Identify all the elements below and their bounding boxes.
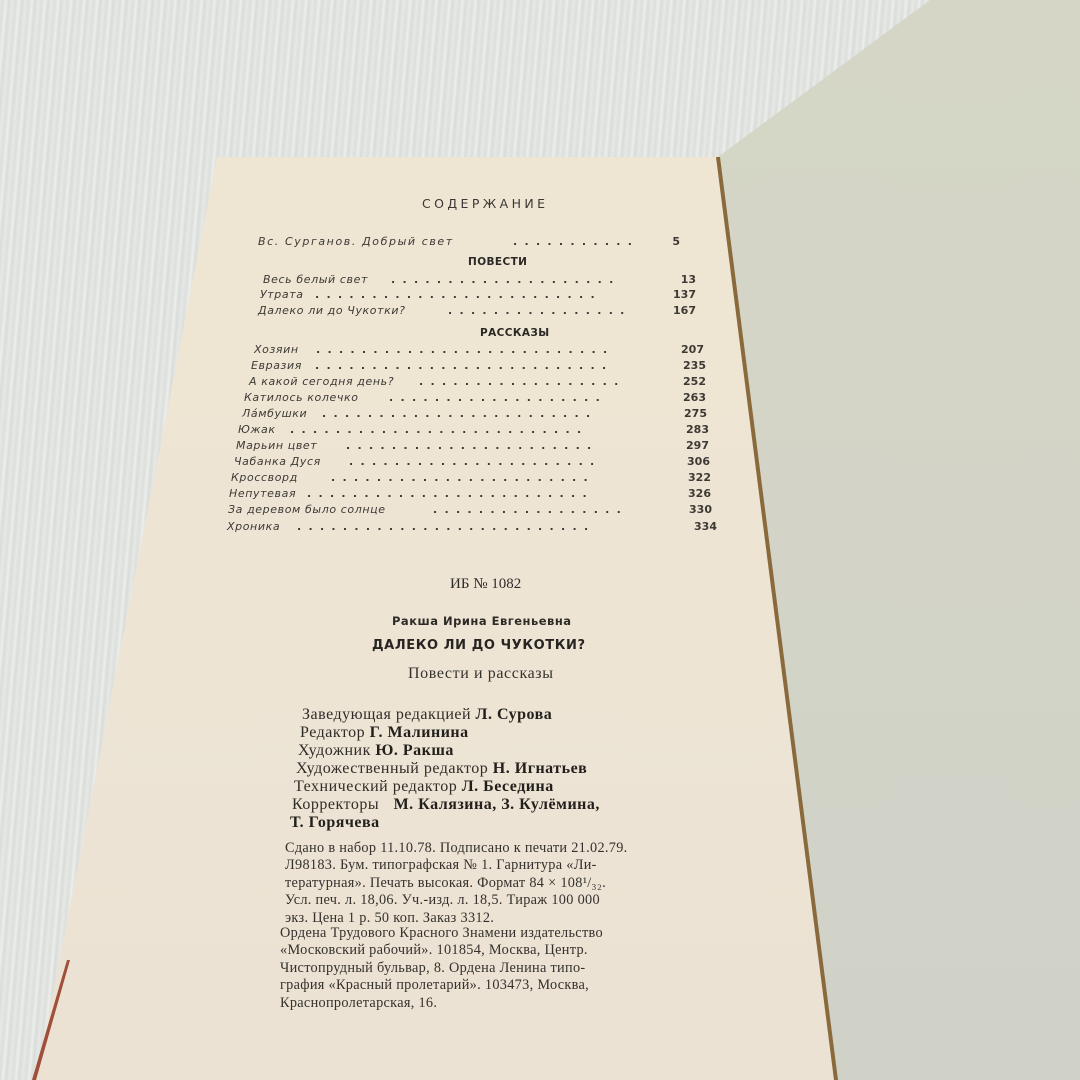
toc-entry-label: Катилось колечко: [244, 391, 359, 404]
toc-entry-page: 322: [681, 471, 711, 484]
publisher-line: Ордена Трудового Красного Знамени издате…: [280, 925, 740, 942]
toc-entry: За деревом было солнце .................…: [228, 503, 723, 519]
toc-leader-dots: .........................: [315, 288, 660, 301]
toc-entry: Кроссворд ....................... 322: [231, 471, 721, 487]
toc-entry: Южак .......................... 283: [238, 423, 716, 439]
toc-entry-page: 252: [676, 375, 706, 388]
credit-role: Технический редактор: [294, 778, 457, 795]
toc-entry-label: Утрата: [260, 288, 304, 301]
toc-entry-label: Весь белый свет: [263, 273, 368, 286]
toc-leader-dots: ..........................: [316, 343, 676, 356]
toc-entry-page: 13: [666, 273, 696, 286]
toc-entry-label: Хроника: [227, 520, 280, 533]
publisher-line: Чистопрудный бульвар, 8. Ордена Ленина т…: [280, 960, 740, 977]
credit-role: Заведующая редакцией: [302, 706, 471, 723]
toc-entry-page: 275: [677, 407, 707, 420]
page-content: СОДЕРЖАНИЕ Вс. Сурганов. Добрый свет ...…: [0, 0, 1080, 1080]
toc-section-heading-rasskazy: РАССКАЗЫ: [480, 327, 549, 339]
toc-entry: Евразия .......................... 235: [251, 359, 709, 375]
toc-entry-page: 235: [676, 359, 706, 372]
toc-leader-dots: ..........................: [315, 359, 675, 372]
ib-number: ИБ № 1082: [450, 576, 521, 593]
toc-leader-dots: ................: [448, 304, 668, 317]
toc-entry-page: 263: [676, 391, 706, 404]
toc-leader-dots: ......................: [346, 439, 676, 452]
credit-line: Художник Ю. Ракша: [298, 742, 454, 760]
toc-title: СОДЕРЖАНИЕ: [422, 196, 548, 211]
toc-entry-label: Южак: [238, 423, 276, 436]
toc-entry-page: 334: [687, 520, 717, 533]
toc-leader-dots: .................: [433, 503, 683, 516]
publisher-details: Ордена Трудового Красного Знамени издате…: [280, 925, 740, 1012]
toc-leader-dots: ....................: [391, 273, 661, 286]
toc-entry-page: 330: [682, 503, 712, 516]
toc-entry: Непутевая ......................... 326: [229, 487, 721, 503]
toc-leader-dots: ......................: [349, 455, 679, 468]
toc-entry-label: Марьин цвет: [236, 439, 317, 452]
credit-name: Л. Беседина: [462, 778, 554, 795]
toc-entry-preface: Вс. Сурганов. Добрый свет ........... 5: [258, 235, 678, 251]
publisher-line: «Московский рабочий». 101854, Москва, Це…: [280, 942, 740, 959]
toc-entry-page: 207: [674, 343, 704, 356]
toc-entry: Далеко ли до Чукотки? ................ 1…: [258, 304, 703, 320]
toc-entry-label: А какой сегодня день?: [249, 375, 394, 388]
toc-entry-label: Чабанка Дуся: [234, 455, 321, 468]
toc-entry-page: 5: [650, 235, 680, 248]
toc-entry-label: Кроссворд: [231, 471, 298, 484]
print-line: Сдано в набор 11.10.78. Подписано к печа…: [285, 840, 745, 857]
print-line: Усл. печ. л. 18,06. Уч.-изд. л. 18,5. Ти…: [285, 892, 745, 909]
toc-entry-label: Евразия: [251, 359, 302, 372]
toc-entry-page: 326: [681, 487, 711, 500]
publisher-line: графия «Красный пролетарий». 103473, Мос…: [280, 977, 740, 994]
print-details: Сдано в набор 11.10.78. Подписано к печа…: [285, 840, 745, 927]
credit-line: Корректоры М. Калязина, З. Кулёмина,: [292, 796, 600, 814]
credit-role: Корректоры: [292, 796, 379, 813]
toc-entry-page: 137: [666, 288, 696, 301]
credit-name: Л. Сурова: [476, 706, 553, 723]
toc-entry-page: 167: [666, 304, 696, 317]
toc-entry-label: Далеко ли до Чукотки?: [258, 304, 406, 317]
credit-name: М. Калязина, З. Кулёмина,: [394, 796, 600, 813]
toc-leader-dots: ...................: [389, 391, 674, 404]
toc-section-heading-povesti: ПОВЕСТИ: [468, 256, 527, 268]
toc-entry-label: Непутевая: [229, 487, 296, 500]
toc-entry-label: За деревом было солнце: [228, 503, 386, 516]
toc-entry: Лáмбушки ........................ 275: [242, 407, 714, 423]
credit-name: Т. Горячева: [290, 814, 380, 831]
credit-role: Редактор: [300, 724, 365, 741]
credit-line: Т. Горячева: [290, 814, 380, 832]
toc-leader-dots: ..........................: [290, 423, 675, 436]
print-line: Л98183. Бум. типографская № 1. Гарнитура…: [285, 857, 745, 874]
toc-entry: Хроника .......................... 334: [227, 520, 727, 536]
toc-entry-label: Вс. Сурганов. Добрый свет: [258, 235, 454, 248]
publisher-line: Краснопролетарская, 16.: [280, 995, 740, 1012]
toc-entry: Весь белый свет .................... 13: [263, 273, 703, 289]
credit-role: Художественный редактор: [296, 760, 488, 777]
credit-line: Заведующая редакцией Л. Сурова: [302, 706, 552, 724]
toc-entry-label: Хозяин: [254, 343, 299, 356]
toc-entry-page: 306: [680, 455, 710, 468]
toc-leader-dots: ...........: [513, 235, 658, 248]
toc-entry: Чабанка Дуся ...................... 306: [234, 455, 719, 471]
toc-leader-dots: ..................: [419, 375, 674, 388]
toc-entry: Утрата ......................... 137: [260, 288, 700, 304]
author-name: Ракша Ирина Евгеньевна: [392, 614, 572, 628]
credit-name: Г. Малинина: [370, 724, 469, 741]
print-line: тературная». Печать высокая. Формат 84 ×…: [285, 875, 745, 892]
credit-role: Художник: [298, 742, 371, 759]
toc-entry: Хозяин .......................... 207: [254, 343, 709, 359]
toc-leader-dots: ..........................: [297, 520, 682, 533]
toc-entry: Катилось колечко ................... 263: [244, 391, 712, 407]
credit-line: Редактор Г. Малинина: [300, 724, 469, 742]
credit-line: Художественный редактор Н. Игнатьев: [296, 760, 587, 778]
credit-name: Н. Игнатьев: [493, 760, 588, 777]
toc-entry: Марьин цвет ...................... 297: [236, 439, 716, 455]
book-subtitle: Повести и рассказы: [408, 665, 554, 683]
toc-leader-dots: .........................: [307, 487, 682, 500]
toc-entry: А какой сегодня день? ..................…: [249, 375, 711, 391]
toc-entry-page: 297: [679, 439, 709, 452]
book-title: ДАЛЕКО ЛИ ДО ЧУКОТКИ?: [372, 638, 586, 653]
toc-entry-page: 283: [679, 423, 709, 436]
credit-name: Ю. Ракша: [375, 742, 454, 759]
credit-line: Технический редактор Л. Беседина: [294, 778, 554, 796]
toc-leader-dots: .......................: [331, 471, 681, 484]
toc-entry-label: Лáмбушки: [242, 407, 307, 420]
toc-leader-dots: ........................: [322, 407, 677, 420]
